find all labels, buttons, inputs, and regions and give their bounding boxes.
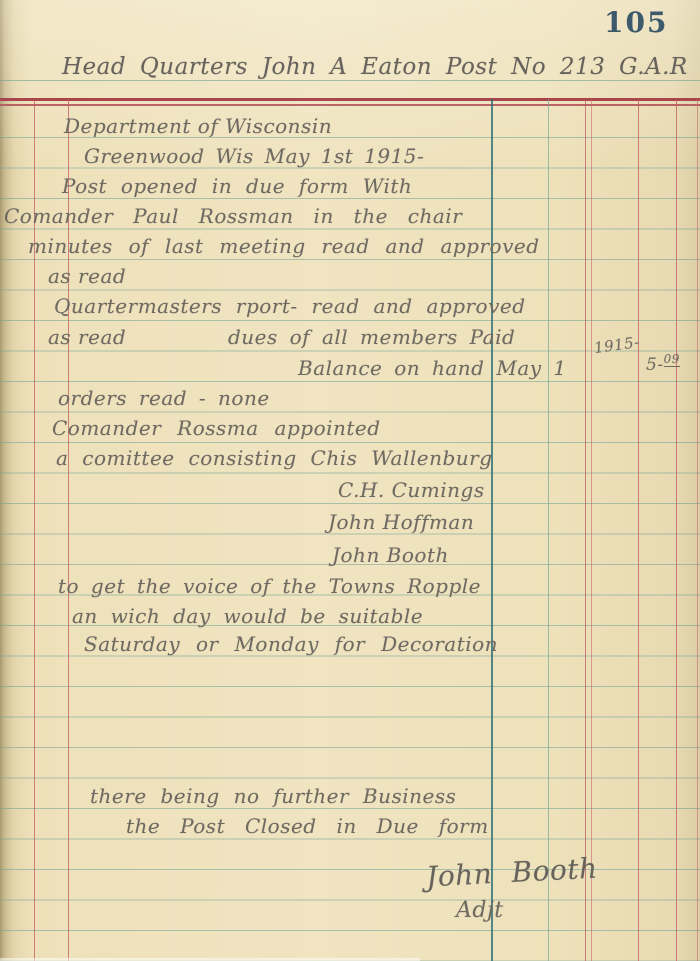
right-red-line-double-b	[591, 99, 592, 961]
line-balance: Balance on hand May 1	[298, 356, 567, 380]
committee-member-cumings: C.H. Cumings	[338, 478, 485, 502]
line-voice-of-towns: to get the voice of the Towns Ropple	[58, 574, 481, 598]
header-title: Head Quarters John A Eaton Post No 213 G…	[62, 54, 688, 80]
line-post-opened: Post opened in due form With	[62, 174, 412, 198]
line-commander-chair: Comander Paul Rossman in the chair	[4, 204, 462, 228]
line-appointed: Comander Rossma appointed	[52, 416, 381, 440]
line-dateline: Greenwood Wis May 1st 1915-	[84, 144, 424, 168]
right-red-line-double-a	[585, 99, 586, 961]
balance-cents: 09	[664, 352, 680, 367]
line-as-read-1: as read	[48, 264, 126, 288]
balance-dollars: 5-	[646, 355, 664, 375]
line-dues-paid: dues of all members Paid	[228, 325, 515, 349]
left-margin-line-inner	[68, 99, 69, 961]
line-committee: a comittee consisting Chis Wallenburg	[56, 446, 493, 470]
right-red-line-3	[676, 99, 677, 961]
line-no-further-business: there being no further Business	[90, 784, 456, 808]
right-red-line-2	[638, 99, 639, 961]
right-edge-red-line	[697, 99, 698, 961]
committee-member-hoffman: John Hoffman	[328, 510, 474, 534]
balance-amount: 5-09	[646, 352, 680, 375]
line-saturday-monday: Saturday or Monday for Decoration	[84, 632, 498, 656]
line-department: Department of Wisconsin	[64, 114, 332, 138]
top-red-band-line-2	[0, 104, 700, 106]
line-quartermaster: Quartermasters rport- read and approved	[54, 294, 526, 318]
column-line-teal-light	[548, 99, 549, 961]
header-baseline-rule	[0, 80, 700, 81]
signature-title: Adjt	[456, 898, 504, 923]
committee-member-booth: John Booth	[332, 543, 449, 567]
line-orders: orders read - none	[58, 386, 270, 410]
ledger-page: 105 Head Quarters John A Eaton Post No 2…	[0, 0, 700, 961]
left-margin-line-outer	[34, 99, 35, 961]
column-line-teal-dark	[491, 99, 493, 961]
page-number: 105	[604, 6, 668, 39]
line-which-day: an wich day would be suitable	[72, 604, 423, 628]
line-minutes-read: minutes of last meeting read and approve…	[28, 234, 540, 258]
line-as-read-2: as read	[48, 325, 126, 349]
line-post-closed: the Post Closed in Due form	[126, 814, 489, 838]
top-red-band-line-1	[0, 98, 700, 101]
